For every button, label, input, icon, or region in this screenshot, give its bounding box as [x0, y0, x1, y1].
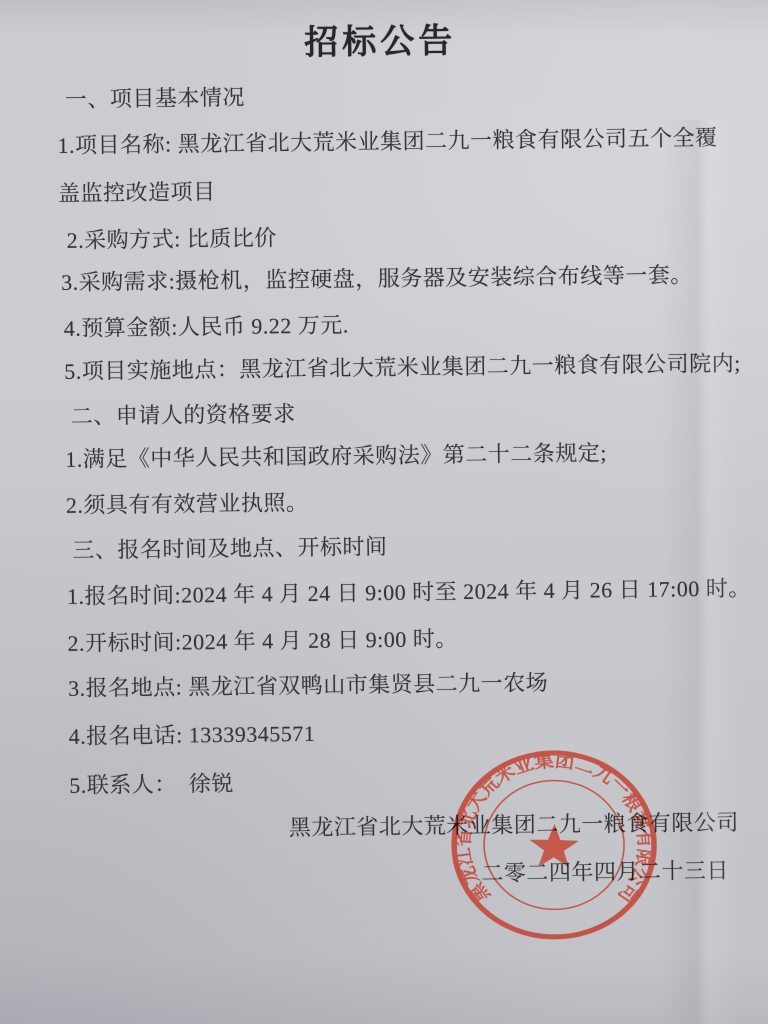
section-3-heading: 三、报名时间及地点、开标时间 — [72, 533, 387, 564]
section-1-heading: 一、项目基本情况 — [65, 84, 245, 114]
document-content: 招标公告 一、项目基本情况 1.项目名称: 黑龙江省北大荒米业集团二九一粮食有限… — [0, 0, 768, 1024]
doc-line: 4.报名电话: 13339345571 — [69, 720, 316, 751]
doc-line: 盖监控改造项目 — [58, 178, 216, 207]
doc-line: 2.须具有有效营业执照。 — [66, 489, 309, 519]
section-2-heading: 二、申请人的资格要求 — [71, 400, 296, 430]
doc-line: 1.项目名称: 黑龙江省北大荒米业集团二九一粮食有限公司五个全覆 — [57, 124, 717, 160]
doc-line: 3.报名地点: 黑龙江省双鸭山市集贤县二九一农场 — [68, 669, 548, 702]
star-icon — [529, 823, 579, 867]
doc-line: 1.报名时间:2024 年 4 月 24 日 9:00 时至 2024 年 4 … — [67, 575, 751, 611]
doc-line: 2.开标时间:2024 年 4 月 28 日 9:00 时。 — [67, 625, 458, 657]
doc-line: 3.采购需求:摄枪机，监控硬盘，服务器及安装综合布线等一套。 — [61, 261, 693, 296]
doc-line: 1.满足《中华人民共和国政府采购法》第二十二条规定; — [65, 439, 607, 473]
official-seal-stamp: 黑龙江省北大荒米业集团二九一粮食有限公司 — [429, 720, 678, 969]
doc-line: 5.联系人： 徐锐 — [69, 770, 234, 800]
page-title: 招标公告 — [304, 21, 457, 65]
doc-line: 4.预算金额:人民币 9.22 万元. — [64, 311, 349, 342]
doc-line: 5.项目实施地点：黑龙江省北大荒米业集团二九一粮食有限公司院内; — [64, 350, 741, 386]
doc-line: 2.采购方式: 比质比价 — [66, 224, 276, 254]
document-page: 招标公告 一、项目基本情况 1.项目名称: 黑龙江省北大荒米业集团二九一粮食有限… — [0, 0, 768, 1024]
